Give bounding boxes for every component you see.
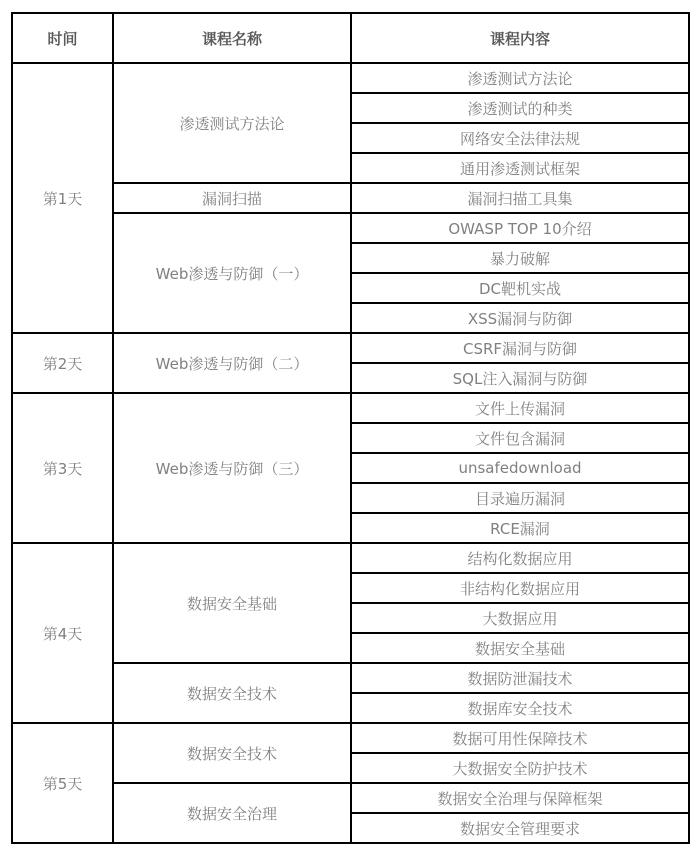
day-cell: 第4天: [12, 543, 113, 723]
day-cell: 第1天: [12, 63, 113, 333]
course-content-cell: 大数据安全防护技术: [351, 753, 689, 783]
course-content-cell: OWASP TOP 10介绍: [351, 213, 689, 243]
course-content-cell: 文件包含漏洞: [351, 423, 689, 453]
course-content-cell: 通用渗透测试框架: [351, 153, 689, 183]
course-name-cell: 渗透测试方法论: [113, 63, 351, 183]
day-cell: 第5天: [12, 723, 113, 843]
table-row: Web渗透与防御（一）OWASP TOP 10介绍: [12, 213, 689, 243]
course-name-cell: 数据安全技术: [113, 723, 351, 783]
table-row: 第2天Web渗透与防御（二）CSRF漏洞与防御: [12, 333, 689, 363]
course-name-cell: Web渗透与防御（一）: [113, 213, 351, 333]
column-header: 时间: [12, 13, 113, 63]
day-cell: 第2天: [12, 333, 113, 393]
page: 时间课程名称课程内容 第1天渗透测试方法论渗透测试方法论渗透测试的种类网络安全法…: [0, 0, 699, 852]
table-body: 第1天渗透测试方法论渗透测试方法论渗透测试的种类网络安全法律法规通用渗透测试框架…: [12, 63, 689, 843]
course-content-cell: 大数据应用: [351, 603, 689, 633]
course-name-cell: 漏洞扫描: [113, 183, 351, 213]
table-row: 第1天渗透测试方法论渗透测试方法论: [12, 63, 689, 93]
course-content-cell: 网络安全法律法规: [351, 123, 689, 153]
table-row: 第5天数据安全技术数据可用性保障技术: [12, 723, 689, 753]
course-content-cell: XSS漏洞与防御: [351, 303, 689, 333]
course-schedule-table: 时间课程名称课程内容 第1天渗透测试方法论渗透测试方法论渗透测试的种类网络安全法…: [11, 12, 690, 844]
course-name-cell: Web渗透与防御（二）: [113, 333, 351, 393]
day-cell: 第3天: [12, 393, 113, 543]
course-content-cell: 数据库安全技术: [351, 693, 689, 723]
course-content-cell: DC靶机实战: [351, 273, 689, 303]
table-row: 第3天Web渗透与防御（三）文件上传漏洞: [12, 393, 689, 423]
course-name-cell: Web渗透与防御（三）: [113, 393, 351, 543]
table-header: 时间课程名称课程内容: [12, 13, 689, 63]
column-header: 课程内容: [351, 13, 689, 63]
course-content-cell: 目录遍历漏洞: [351, 483, 689, 513]
table-row: 第4天数据安全基础结构化数据应用: [12, 543, 689, 573]
table-row: 数据安全技术数据防泄漏技术: [12, 663, 689, 693]
course-content-cell: 文件上传漏洞: [351, 393, 689, 423]
course-content-cell: 数据安全治理与保障框架: [351, 783, 689, 813]
course-name-cell: 数据安全技术: [113, 663, 351, 723]
course-content-cell: 结构化数据应用: [351, 543, 689, 573]
column-header: 课程名称: [113, 13, 351, 63]
course-content-cell: 非结构化数据应用: [351, 573, 689, 603]
course-content-cell: unsafedownload: [351, 453, 689, 483]
course-content-cell: 数据可用性保障技术: [351, 723, 689, 753]
course-content-cell: 暴力破解: [351, 243, 689, 273]
course-content-cell: 漏洞扫描工具集: [351, 183, 689, 213]
course-content-cell: 数据防泄漏技术: [351, 663, 689, 693]
header-row: 时间课程名称课程内容: [12, 13, 689, 63]
course-content-cell: CSRF漏洞与防御: [351, 333, 689, 363]
course-content-cell: RCE漏洞: [351, 513, 689, 543]
course-content-cell: 数据安全基础: [351, 633, 689, 663]
table-row: 漏洞扫描漏洞扫描工具集: [12, 183, 689, 213]
course-content-cell: 渗透测试方法论: [351, 63, 689, 93]
table-row: 数据安全治理数据安全治理与保障框架: [12, 783, 689, 813]
course-content-cell: 数据安全管理要求: [351, 813, 689, 843]
course-name-cell: 数据安全治理: [113, 783, 351, 843]
course-content-cell: SQL注入漏洞与防御: [351, 363, 689, 393]
course-content-cell: 渗透测试的种类: [351, 93, 689, 123]
course-name-cell: 数据安全基础: [113, 543, 351, 663]
